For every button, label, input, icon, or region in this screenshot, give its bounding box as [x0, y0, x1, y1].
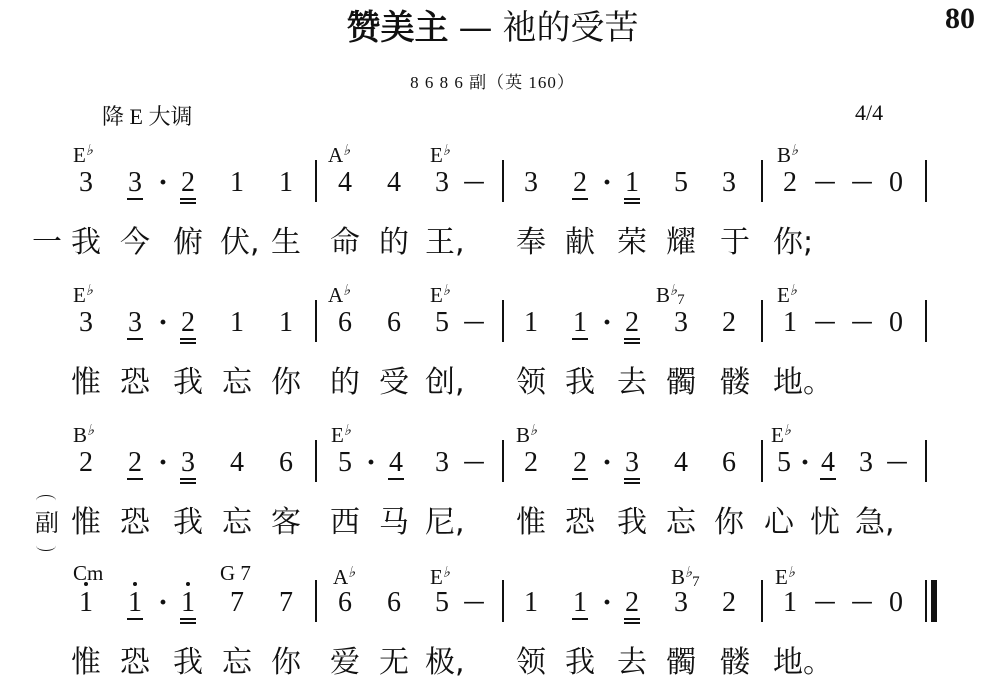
note: 0	[885, 308, 907, 338]
lyric-syllable: 忘	[220, 646, 254, 680]
chord-symbol: A♭	[333, 562, 355, 588]
note: 3	[670, 588, 692, 618]
lyric-syllable: 创,	[425, 366, 459, 400]
note: 5	[334, 448, 356, 478]
lyric-syllable: 客	[269, 506, 303, 540]
high-octave-dot	[84, 582, 88, 586]
lyric-syllable: 忧	[808, 506, 842, 540]
note: 2	[621, 588, 643, 618]
note-extension-dash: —	[463, 588, 485, 618]
underline-eighth	[180, 338, 196, 340]
title-dash: —	[459, 8, 493, 48]
note: 1	[226, 308, 248, 338]
note: 5	[431, 588, 453, 618]
lyric-syllable: 髑	[664, 366, 698, 400]
lyric-syllable: 我	[171, 506, 205, 540]
lyric-syllable: 惟	[514, 506, 548, 540]
key-signature: 降 E 大调	[102, 100, 192, 131]
note: 2	[621, 308, 643, 338]
augmentation-dot: ·	[596, 588, 618, 618]
note: 2	[718, 308, 740, 338]
barline	[761, 440, 763, 482]
underline-eighth	[180, 478, 196, 480]
lyric-syllable: 心	[762, 506, 796, 540]
note: 3	[431, 448, 453, 478]
lyric-syllable: 命	[328, 226, 362, 260]
lyric-syllable: 你	[269, 366, 303, 400]
lyric-syllable: 去	[615, 366, 649, 400]
note: 4	[226, 448, 248, 478]
note: 2	[75, 448, 97, 478]
chord-symbol: B♭	[73, 420, 94, 446]
underline-eighth	[624, 198, 640, 200]
lyric-syllable: 俯	[171, 226, 205, 260]
note: 1	[569, 588, 591, 618]
note-extension-dash: —	[814, 588, 836, 618]
lyric-syllable: 我	[69, 226, 103, 260]
lyric-syllable: 荣	[615, 226, 649, 260]
refrain-bracket-top	[36, 495, 56, 506]
underline-sixteenth	[624, 622, 640, 624]
note: 1	[124, 588, 146, 618]
note: 2	[124, 448, 146, 478]
underline-eighth	[127, 338, 143, 340]
refrain-marker: 副	[32, 495, 62, 551]
underline-eighth	[572, 198, 588, 200]
note-extension-dash: —	[886, 448, 908, 478]
note-extension-dash: —	[851, 168, 873, 198]
note: 5	[773, 448, 795, 478]
chord-symbol: A♭	[328, 280, 350, 306]
note: 1	[569, 308, 591, 338]
lyric-syllable: 恐	[118, 646, 152, 680]
chord-symbol: E♭	[430, 562, 450, 588]
title-sub: 祂的受苦	[503, 8, 639, 48]
lyric-syllable: 我	[171, 646, 205, 680]
barline	[925, 440, 927, 482]
note: 1	[779, 588, 801, 618]
note: 4	[670, 448, 692, 478]
note: 2	[177, 168, 199, 198]
note: 1	[520, 588, 542, 618]
chord-symbol: E♭	[430, 140, 450, 166]
note: 4	[383, 168, 405, 198]
lyric-syllable: 忘	[664, 506, 698, 540]
note: 3	[124, 308, 146, 338]
lyric-syllable: 我	[171, 366, 205, 400]
underline-eighth	[388, 478, 404, 480]
barline	[761, 580, 763, 622]
refrain-bracket-bottom	[36, 540, 56, 551]
note: 6	[275, 448, 297, 478]
note: 1	[177, 588, 199, 618]
underline-sixteenth	[180, 202, 196, 204]
lyric-syllable: 尼,	[425, 506, 459, 540]
barline	[315, 300, 317, 342]
underline-eighth	[624, 338, 640, 340]
underline-sixteenth	[180, 482, 196, 484]
lyric-syllable: 我	[563, 366, 597, 400]
meter-info: 8 6 8 6 副（英 160）	[0, 68, 985, 93]
lyric-syllable: 惟	[69, 646, 103, 680]
note: 2	[569, 168, 591, 198]
note: 5	[670, 168, 692, 198]
lyric-syllable: 恐	[563, 506, 597, 540]
chord-symbol: E♭	[775, 562, 795, 588]
lyric-syllable: 献	[563, 226, 597, 260]
underline-sixteenth	[624, 482, 640, 484]
hymn-number: 80	[945, 2, 975, 36]
note-extension-dash: —	[814, 308, 836, 338]
note: 3	[177, 448, 199, 478]
note-extension-dash: —	[851, 308, 873, 338]
lyric-syllable: 的	[328, 366, 362, 400]
lyric-syllable: 王,	[425, 226, 459, 260]
note-extension-dash: —	[463, 448, 485, 478]
barline	[315, 580, 317, 622]
note-extension-dash: —	[463, 168, 485, 198]
underline-eighth	[572, 618, 588, 620]
note: 2	[569, 448, 591, 478]
barline	[315, 160, 317, 202]
underline-eighth	[624, 478, 640, 480]
lyric-syllable: 恐	[118, 366, 152, 400]
note-extension-dash: —	[851, 588, 873, 618]
lyric-syllable: 领	[514, 646, 548, 680]
lyric-syllable: 西	[328, 506, 362, 540]
note: 3	[75, 168, 97, 198]
lyric-syllable: 忘	[220, 366, 254, 400]
chord-symbol: E♭	[771, 420, 791, 446]
lyric-syllable: 急,	[855, 506, 889, 540]
lyric-syllable: 无	[377, 646, 411, 680]
lyric-syllable: 你	[269, 646, 303, 680]
lyric-syllable: 惟	[69, 506, 103, 540]
note: 1	[275, 168, 297, 198]
lyric-syllable: 髅	[718, 646, 752, 680]
underline-eighth	[572, 338, 588, 340]
underline-eighth	[127, 618, 143, 620]
augmentation-dot: ·	[152, 308, 174, 338]
note: 1	[275, 308, 297, 338]
hymn-title: 赞美主—祂的受苦	[0, 4, 985, 52]
lyric-syllable: 恐	[118, 506, 152, 540]
lyric-syllable: 今	[118, 226, 152, 260]
note: 3	[670, 308, 692, 338]
chord-symbol: E♭	[73, 140, 93, 166]
note: 6	[334, 308, 356, 338]
note: 3	[75, 308, 97, 338]
note: 6	[383, 588, 405, 618]
lyric-syllable: 惟	[69, 366, 103, 400]
underline-eighth	[180, 618, 196, 620]
lyric-syllable: 领	[514, 366, 548, 400]
refrain-label: 副	[35, 509, 59, 537]
lyric-syllable: 我	[563, 646, 597, 680]
lyric-syllable: 忘	[220, 506, 254, 540]
final-barline-thick	[931, 580, 937, 622]
chord-symbol: B♭	[516, 420, 537, 446]
note: 3	[520, 168, 542, 198]
barline	[502, 440, 504, 482]
chord-symbol: G 7	[220, 562, 251, 584]
note-extension-dash: —	[463, 308, 485, 338]
final-barline-thin	[925, 580, 927, 622]
augmentation-dot: ·	[596, 448, 618, 478]
augmentation-dot: ·	[596, 308, 618, 338]
chord-symbol: A♭	[328, 140, 350, 166]
note: 0	[885, 588, 907, 618]
barline	[502, 160, 504, 202]
lyric-syllable: 地。	[773, 366, 807, 400]
underline-eighth	[572, 478, 588, 480]
lyric-syllable: 你;	[773, 226, 807, 260]
lyric-syllable: 髅	[718, 366, 752, 400]
note: 2	[520, 448, 542, 478]
underline-eighth	[180, 198, 196, 200]
lyric-syllable: 耀	[664, 226, 698, 260]
time-signature: 4/4	[855, 100, 883, 126]
lyric-syllable: 于	[718, 226, 752, 260]
note: 1	[779, 308, 801, 338]
note: 2	[177, 308, 199, 338]
augmentation-dot: ·	[360, 448, 382, 478]
lyric-syllable: 去	[615, 646, 649, 680]
underline-sixteenth	[180, 342, 196, 344]
augmentation-dot: ·	[152, 588, 174, 618]
note: 7	[275, 588, 297, 618]
barline	[502, 300, 504, 342]
lyric-syllable: 地。	[773, 646, 807, 680]
verse-number: 一	[30, 226, 64, 260]
underline-eighth	[127, 478, 143, 480]
underline-sixteenth	[624, 342, 640, 344]
note: 3	[431, 168, 453, 198]
lyric-syllable: 我	[615, 506, 649, 540]
lyric-syllable: 马	[377, 506, 411, 540]
note: 0	[885, 168, 907, 198]
augmentation-dot: ·	[152, 168, 174, 198]
lyric-syllable: 极,	[425, 646, 459, 680]
underline-eighth	[127, 198, 143, 200]
note: 3	[621, 448, 643, 478]
barline	[502, 580, 504, 622]
lyric-syllable: 的	[377, 226, 411, 260]
high-octave-dot	[133, 582, 137, 586]
barline	[761, 160, 763, 202]
augmentation-dot: ·	[794, 448, 816, 478]
note: 1	[520, 308, 542, 338]
lyric-syllable: 伏,	[220, 226, 254, 260]
note: 7	[226, 588, 248, 618]
note: 3	[855, 448, 877, 478]
chord-symbol: E♭	[73, 280, 93, 306]
underline-eighth	[820, 478, 836, 480]
title-main: 赞美主	[347, 8, 449, 48]
lyric-syllable: 奉	[514, 226, 548, 260]
note: 1	[226, 168, 248, 198]
barline	[761, 300, 763, 342]
note: 2	[779, 168, 801, 198]
note: 4	[334, 168, 356, 198]
note: 6	[334, 588, 356, 618]
note: 5	[431, 308, 453, 338]
lyric-syllable: 爱	[328, 646, 362, 680]
underline-sixteenth	[180, 622, 196, 624]
note: 6	[383, 308, 405, 338]
high-octave-dot	[186, 582, 190, 586]
lyric-syllable: 你	[712, 506, 746, 540]
barline	[315, 440, 317, 482]
lyric-syllable: 受	[377, 366, 411, 400]
underline-sixteenth	[624, 202, 640, 204]
barline	[925, 300, 927, 342]
note: 3	[124, 168, 146, 198]
chord-symbol: B♭	[777, 140, 798, 166]
chord-symbol: E♭	[777, 280, 797, 306]
underline-eighth	[624, 618, 640, 620]
note: 4	[817, 448, 839, 478]
note: 3	[718, 168, 740, 198]
chord-symbol: E♭	[331, 420, 351, 446]
note: 4	[385, 448, 407, 478]
note: 1	[621, 168, 643, 198]
augmentation-dot: ·	[152, 448, 174, 478]
chord-symbol: Cm	[73, 562, 103, 584]
lyric-syllable: 生	[269, 226, 303, 260]
note: 1	[75, 588, 97, 618]
note: 6	[718, 448, 740, 478]
note: 2	[718, 588, 740, 618]
chord-symbol: E♭	[430, 280, 450, 306]
barline	[925, 160, 927, 202]
note-extension-dash: —	[814, 168, 836, 198]
augmentation-dot: ·	[596, 168, 618, 198]
lyric-syllable: 髑	[664, 646, 698, 680]
